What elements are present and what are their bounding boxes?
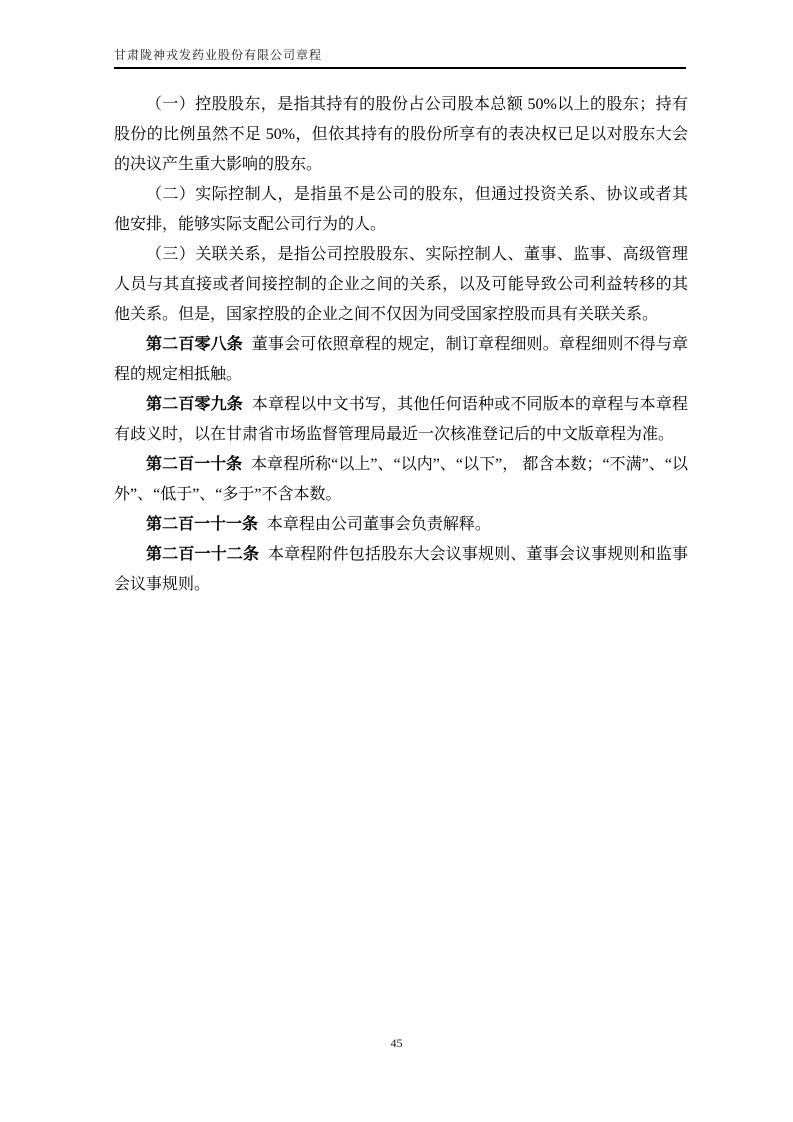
paragraph: （一）控股股东，是指其持有的股份占公司股本总额 50%以上的股东；持有股份的比例… [114, 90, 688, 180]
page-footer: 45 [0, 1036, 793, 1051]
page-header: 甘肃陇神戎发药业股份有限公司章程 [114, 46, 686, 69]
paragraph: 第二百一十一条本章程由公司董事会负责解释。 [114, 510, 688, 540]
article-number: 第二百零八条 [146, 336, 243, 353]
paragraph-text: （三）关联关系，是指公司控股股东、实际控制人、董事、监事、高级管理人员与其直接或… [114, 246, 688, 323]
paragraph: 第二百一十二条本章程附件包括股东大会议事规则、董事会议事规则和监事会议事规则。 [114, 540, 688, 600]
header-title: 甘肃陇神戎发药业股份有限公司章程 [114, 46, 686, 67]
article-number: 第二百一十二条 [146, 546, 259, 563]
document-page: 甘肃陇神戎发药业股份有限公司章程 （一）控股股东，是指其持有的股份占公司股本总额… [0, 0, 793, 1122]
paragraph-text: （一）控股股东，是指其持有的股份占公司股本总额 50%以上的股东；持有股份的比例… [114, 96, 688, 173]
article-number: 第二百零九条 [146, 396, 243, 413]
document-body: （一）控股股东，是指其持有的股份占公司股本总额 50%以上的股东；持有股份的比例… [114, 90, 688, 600]
paragraph: 第二百零八条董事会可依照章程的规定，制订章程细则。章程细则不得与章程的规定相抵触… [114, 330, 688, 390]
paragraph: 第二百一十条本章程所称“以上”、“以内”、“以下”， 都含本数；“不满”、“以外… [114, 450, 688, 510]
paragraph: （二）实际控制人，是指虽不是公司的股东，但通过投资关系、协议或者其他安排，能够实… [114, 180, 688, 240]
article-number: 第二百一十一条 [146, 516, 258, 533]
paragraph-text: 本章程由公司董事会负责解释。 [267, 516, 491, 533]
page-number: 45 [391, 1036, 403, 1050]
paragraph: （三）关联关系，是指公司控股股东、实际控制人、董事、监事、高级管理人员与其直接或… [114, 240, 688, 330]
article-number: 第二百一十条 [146, 456, 242, 473]
header-rule [114, 67, 686, 69]
paragraph-text: （二）实际控制人，是指虽不是公司的股东，但通过投资关系、协议或者其他安排，能够实… [114, 186, 688, 233]
paragraph: 第二百零九条本章程以中文书写，其他任何语种或不同版本的章程与本章程有歧义时，以在… [114, 390, 688, 450]
